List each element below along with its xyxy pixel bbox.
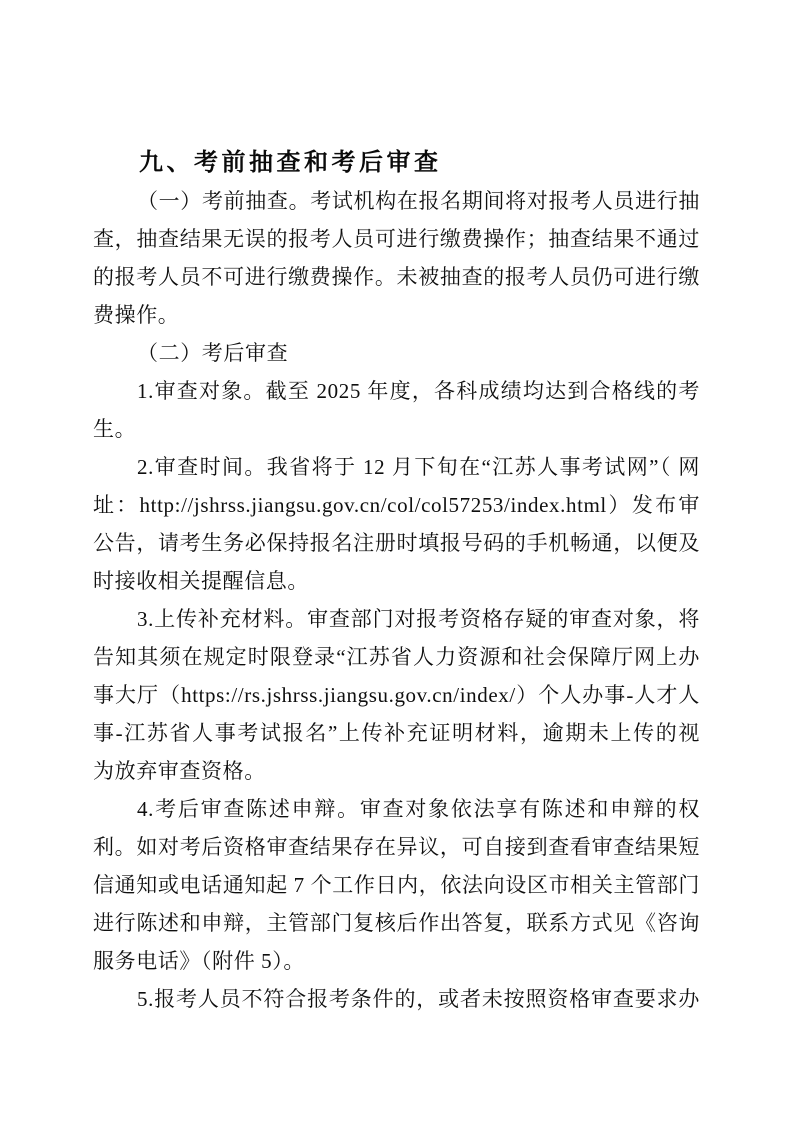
section-heading: 九、考前抽查和考后审查 (93, 144, 700, 182)
paragraph-review-time: 2.审查时间。我省将于 12 月下旬在“江苏人事考试网”（ 网 址：http:/… (93, 448, 700, 600)
text-line: 生。 (93, 410, 700, 448)
text-line: 查，抽查结果无误的报考人员可进行缴费操作；抽查结果不通过 (93, 220, 700, 258)
text-line: 为放弃审查资格。 (93, 752, 700, 790)
text-line: 事大厅（https://rs.jshrss.jiangsu.gov.cn/ind… (93, 676, 700, 714)
text-line: 利。如对考后资格审查结果存在异议，可自接到查看审查结果短 (93, 828, 700, 866)
paragraph-review-target: 1.审查对象。截至 2025 年度，各科成绩均达到合格线的考 生。 (93, 372, 700, 448)
text-line: （二）考后审查 (93, 334, 700, 372)
paragraph-post-exam-review-subheading: （二）考后审查 (93, 334, 700, 372)
text-line: 信通知或电话通知起 7 个工作日内，依法向设区市相关主管部门 (93, 866, 700, 904)
text-line: 费操作。 (93, 296, 700, 334)
text-line: 事-江苏省人事考试报名”上传补充证明材料，逾期未上传的视 (93, 714, 700, 752)
text-line: 2.审查时间。我省将于 12 月下旬在“江苏人事考试网”（ 网 (93, 448, 700, 486)
document-page: 九、考前抽查和考后审查 （一）考前抽查。考试机构在报名期间将对报考人员进行抽 查… (0, 0, 794, 1123)
text-line: 1.审查对象。截至 2025 年度，各科成绩均达到合格线的考 (93, 372, 700, 410)
text-line: 5.报考人员不符合报考条件的，或者未按照资格审查要求办 (93, 980, 700, 1018)
text-line: 服务电话》（附件 5）。 (93, 942, 700, 980)
text-line: （一）考前抽查。考试机构在报名期间将对报考人员进行抽 (93, 182, 700, 220)
paragraph-pre-exam-check: （一）考前抽查。考试机构在报名期间将对报考人员进行抽 查，抽查结果无误的报考人员… (93, 182, 700, 334)
text-line: 时接收相关提醒信息。 (93, 562, 700, 600)
document-body: 九、考前抽查和考后审查 （一）考前抽查。考试机构在报名期间将对报考人员进行抽 查… (93, 144, 700, 1018)
text-line: 进行陈述和申辩，主管部门复核后作出答复，联系方式见《咨询 (93, 904, 700, 942)
paragraph-unqualified-applicants: 5.报考人员不符合报考条件的，或者未按照资格审查要求办 (93, 980, 700, 1018)
text-line: 的报考人员不可进行缴费操作。未被抽查的报考人员仍可进行缴 (93, 258, 700, 296)
paragraph-upload-materials: 3.上传补充材料。审查部门对报考资格存疑的审查对象，将 告知其须在规定时限登录“… (93, 600, 700, 790)
text-line: 址：http://jshrss.jiangsu.gov.cn/col/col57… (93, 486, 700, 524)
text-line: 公告，请考生务必保持报名注册时填报号码的手机畅通，以便及 (93, 524, 700, 562)
text-line: 告知其须在规定时限登录“江苏省人力资源和社会保障厅网上办 (93, 638, 700, 676)
text-line: 4.考后审查陈述申辩。审查对象依法享有陈述和申辩的权 (93, 790, 700, 828)
text-line: 3.上传补充材料。审查部门对报考资格存疑的审查对象，将 (93, 600, 700, 638)
paragraph-statement-defense: 4.考后审查陈述申辩。审查对象依法享有陈述和申辩的权 利。如对考后资格审查结果存… (93, 790, 700, 980)
